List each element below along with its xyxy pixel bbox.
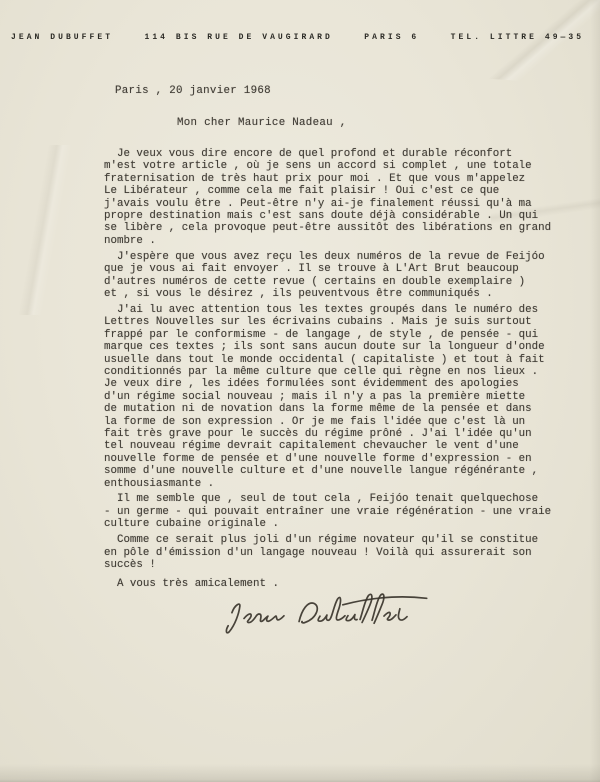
paper-crease-top-right [473,0,600,88]
letter-paper: JEAN DUBUFFET 114 BIS RUE DE VAUGIRARD P… [0,0,600,782]
paper-bottom-edge-shadow [0,764,600,782]
paragraph-2: J'espère que vous avez reçu les deux num… [104,251,576,301]
paragraph-3: J'ai lu avec attention tous les textes g… [104,304,576,490]
salutation: Mon cher Maurice Nadeau , [177,117,346,129]
signature [223,587,438,647]
paragraph-1: Je veux vous dire encore de quel profond… [104,148,576,247]
paper-crease-left [0,145,102,315]
paper-right-edge-shadow [590,0,600,782]
letterhead: JEAN DUBUFFET 114 BIS RUE DE VAUGIRARD P… [11,33,584,42]
signature-handwriting-icon [223,587,438,647]
letter-body: Je veux vous dire encore de quel profond… [104,148,576,594]
paragraph-4: Il me semble que , seul de tout cela , F… [104,493,576,530]
date-line: Paris , 20 janvier 1968 [115,85,271,97]
paragraph-5: Comme ce serait plus joli d'un régime no… [104,534,576,571]
